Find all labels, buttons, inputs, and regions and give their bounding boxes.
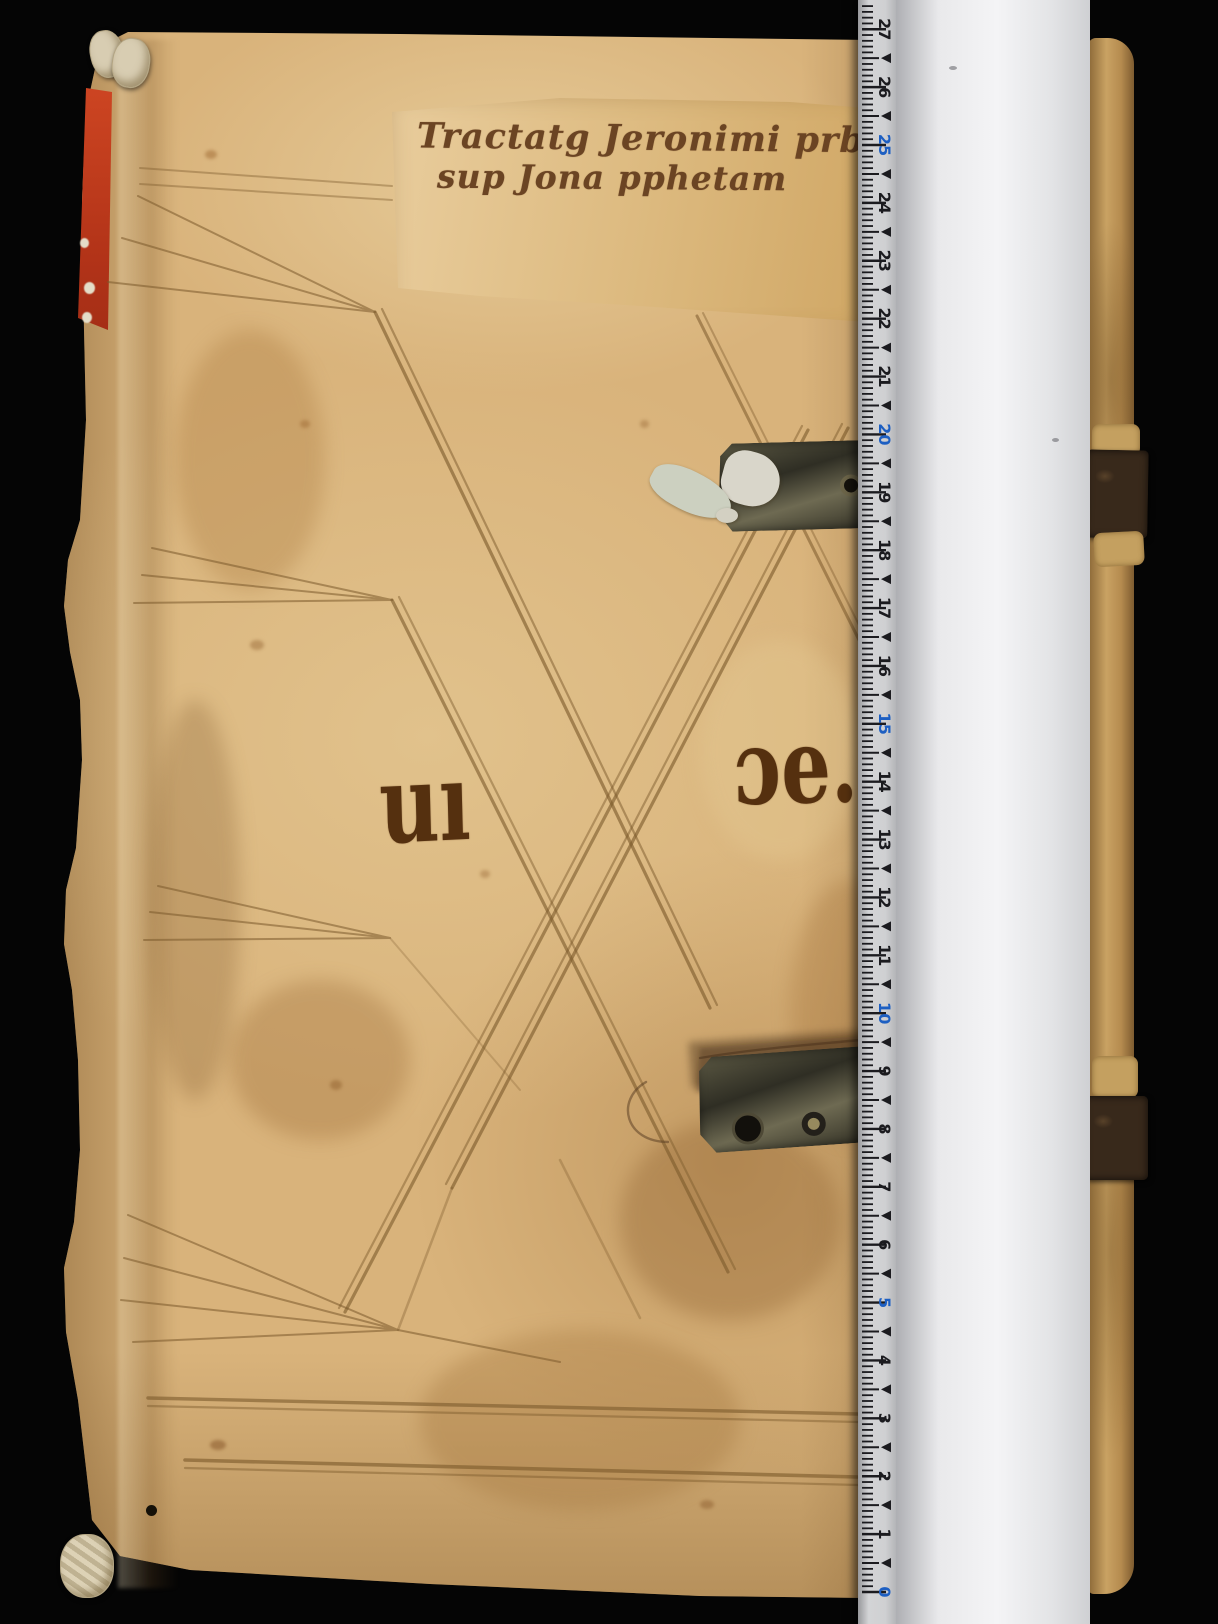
stain — [175, 330, 325, 590]
stain — [150, 700, 240, 1100]
fleck — [210, 1440, 226, 1450]
title-label-line2: sup Jona pphetam — [437, 157, 788, 198]
ruler-white-bar — [896, 0, 1090, 1624]
paint-loss-spot — [84, 282, 95, 294]
paint-loss-spot — [80, 238, 89, 248]
fleck — [640, 420, 649, 428]
worm-hole — [146, 1505, 157, 1516]
clasp-strap-lower — [1084, 1096, 1148, 1180]
clasp-plate-lower — [695, 1046, 869, 1153]
fleck — [700, 1500, 714, 1509]
rivet — [801, 1111, 827, 1137]
ink-inscription-left: uı — [378, 748, 472, 860]
fleck — [205, 150, 217, 159]
ink-inscription-right: ɔe. — [733, 713, 859, 820]
clasp-strap-upper — [1085, 449, 1149, 538]
strap-flap — [1092, 1056, 1138, 1098]
strap-flap — [1093, 531, 1145, 568]
stain — [420, 1330, 740, 1510]
speck — [1052, 438, 1059, 442]
fleck — [330, 1080, 342, 1090]
paper-residue — [716, 508, 738, 523]
ruler-scale-strip — [858, 0, 896, 1624]
fleck — [300, 420, 310, 428]
speck — [949, 66, 957, 70]
clasp-hole — [731, 1111, 765, 1145]
title-label-line1: Tractatg Jeronimi prbri — [417, 115, 899, 161]
fleck — [250, 640, 264, 650]
book-fore-edge — [1088, 38, 1134, 1594]
tailband — [60, 1534, 114, 1598]
fleck — [480, 870, 490, 878]
photo-stage: Tractatg Jeronimi prbri sup Jona pphetam… — [0, 0, 1218, 1624]
stain — [230, 980, 410, 1140]
paint-loss-spot — [82, 312, 92, 323]
